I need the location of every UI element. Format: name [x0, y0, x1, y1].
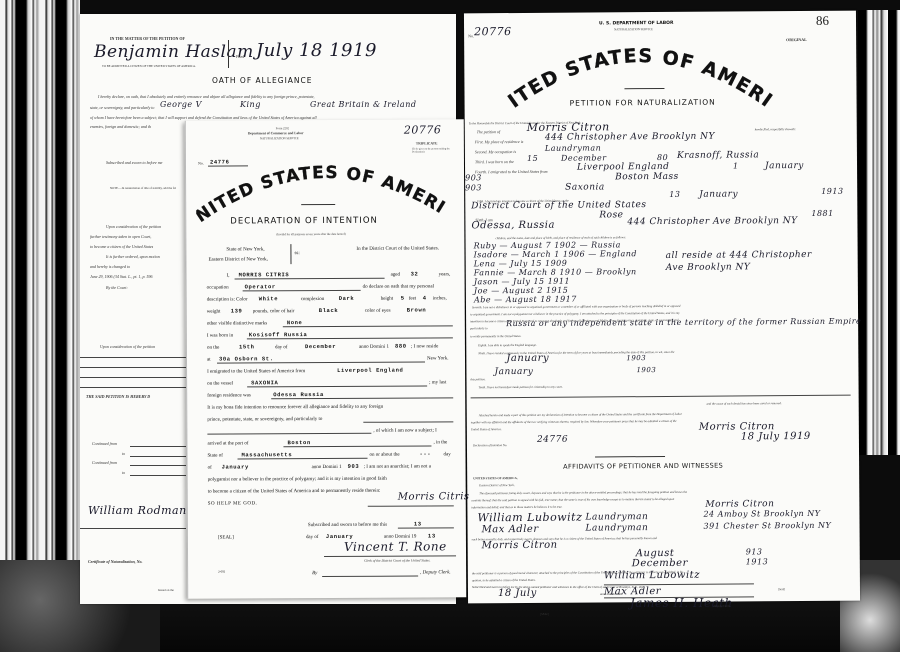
reside-permanently: to reside permanently in the United Stat…	[470, 334, 521, 339]
so-help-me-god: SO HELP ME GOD.	[208, 500, 258, 507]
declarant-age: 32	[411, 271, 419, 278]
last-residence-label: ; my last	[429, 379, 446, 386]
child-row: Abe — August 18 1917	[474, 295, 577, 305]
oath-by-the-court: By the Court:	[106, 285, 128, 290]
height-feet: 5	[401, 295, 405, 302]
oath-body-4: enemies, foreign and domestic; and th	[90, 124, 151, 129]
complexion-label: complexion	[301, 296, 325, 303]
declaration-label: Declaration of Intention No.	[473, 443, 507, 448]
tenth-text: Tenth. I have not heretofore made petiti…	[479, 385, 563, 391]
occupation-label: occupation	[207, 285, 229, 292]
petition-vessel: Saxonia	[565, 182, 605, 192]
eighth-text: Eighth. I am able to speak the English l…	[478, 343, 537, 348]
divider	[228, 40, 229, 68]
emigrated-label: I emigrated to the United States of Amer…	[207, 368, 305, 376]
ninth-month: January	[506, 353, 549, 364]
witness-1-residence: 24 Amboy St Brooklyn NY	[703, 509, 820, 519]
petition-emigrated-from: Liverpool England	[577, 162, 669, 173]
state-of-label: State of	[207, 453, 222, 460]
city-label: New York.	[427, 355, 449, 362]
eyes-label: color of eyes	[365, 308, 391, 315]
day-label: day	[443, 451, 450, 458]
continued-to-2: to	[122, 470, 125, 475]
issued-label: Issued on the	[158, 588, 174, 593]
second-label: Second. My occupation is	[475, 149, 516, 154]
petition-residence: 444 Christopher Ave Brooklyn NY	[545, 132, 715, 143]
opinion-text: opinion, to be admitted a citizen of the…	[472, 578, 536, 583]
since-year: 1903	[636, 366, 656, 374]
children-list: Ruby — August 7 1902 — Russia Isadore — …	[464, 11, 856, 14]
petition-emig-day: 1	[733, 161, 739, 170]
affidavits-title: AFFIDAVITS OF PETITIONER AND WITNESSES	[563, 462, 723, 471]
witness-2-name: Max Adler	[482, 524, 539, 535]
oath-hereby-changed: and hereby is changed to	[90, 264, 130, 269]
decl-copy-type: TRIPLICATE	[416, 141, 438, 146]
usa-text: United States of America.	[471, 427, 502, 432]
reside-label: ; I now reside	[411, 343, 438, 350]
declaration-of-intention-sheet: Form 2202 Department of Commerce and Lab…	[185, 119, 466, 598]
at-label: at	[207, 357, 211, 364]
deputy-label: , Deputy Clerk.	[420, 569, 451, 576]
petition-sworn-date: 18 July	[498, 588, 537, 599]
oath-sub-caption: TO BE ADMITTED A CITIZEN OF THE UNITED S…	[102, 64, 196, 69]
weight-label: weight	[207, 309, 221, 316]
petition-arrived-port: Boston Mass	[615, 172, 679, 182]
on-the-label: on the	[207, 345, 219, 352]
petitioner-in-witness: Morris Citron	[482, 540, 558, 552]
declarant-hair: Black	[319, 307, 339, 314]
oath-subscribed: Subscribed and sworn to before me	[106, 160, 162, 165]
aged-label: aged	[391, 272, 400, 279]
oath-consideration-2: Upon consideration of the petition	[100, 344, 155, 349]
seal-label: [Seal]	[778, 587, 785, 592]
foreign-residence-label: foreign residence was	[207, 392, 251, 399]
declarant-signature: Morris Citris	[398, 491, 470, 502]
continued-to-1: to	[122, 451, 125, 456]
petition-emig-year-2: 903	[465, 183, 482, 192]
oath-note: NOTE.—In renunciation of title of nobili…	[110, 186, 176, 191]
since-date: January	[494, 367, 533, 377]
witness-since-year-2: 1913	[746, 557, 768, 566]
oath-statute-ref: June 29, 1906 (34 Stat. L., pt. 1, p. 59…	[90, 274, 152, 279]
seal: [SEAL]	[218, 534, 234, 541]
marks-label: other visible distinctive marks	[207, 320, 267, 327]
witness-since-month-2: December	[632, 558, 688, 569]
petition-bottom-seal: [SEAL]	[540, 612, 549, 617]
decl-handwritten-number: 20776	[404, 123, 442, 136]
petition-birth-day: 15	[527, 154, 538, 163]
petition-decl-year: 1913	[821, 187, 843, 196]
subscribed-text: Subscribed and sworn to before me this	[308, 522, 387, 529]
polygamist-text: polygamist nor a believer in the practic…	[208, 476, 387, 484]
arrival-year: 903	[348, 463, 360, 470]
scanned-document: IN THE MATTER OF THE PETITION OF Benjami…	[0, 0, 900, 652]
decl-district: Eastern District of New York,	[208, 256, 267, 263]
book-binding-right	[858, 10, 900, 455]
arrival-anno: anno Domini 1	[312, 464, 342, 471]
petition-for-naturalization-page: U. S. DEPARTMENT OF LABOR NATURALIZATION…	[464, 11, 860, 604]
children-residence: all reside at 444 Christopher Ave Brookl…	[666, 249, 816, 274]
filed-label: Filed	[236, 54, 244, 59]
decl-state: State of New York,	[226, 246, 264, 253]
day-of-text: day of	[306, 534, 319, 541]
witness-1-occupation: Laundryman	[585, 512, 648, 522]
years-label: years,	[439, 271, 451, 278]
of-label: of	[208, 465, 212, 472]
clerk-title: Clerk of the District Court of the Unite…	[364, 558, 430, 563]
oath-body-2: state, or sovereignty, and particularly …	[90, 105, 154, 110]
declarant-complexion: Dark	[339, 295, 355, 302]
about-label: on or about the	[369, 452, 399, 459]
oath-title: OATH OF ALLEGIANCE	[212, 76, 313, 85]
aff-text-3: information and belief, and that as to t…	[471, 505, 562, 511]
aff-text-2: contents thereof; that the said petition…	[471, 496, 851, 504]
oath-body-1: I hereby declare, on oath, that I absolu…	[98, 94, 448, 99]
renounce-text-2: prince, potentate, state, or sovereignty…	[207, 416, 322, 424]
petition-sovereign: Russia or any independent state in the t…	[506, 317, 861, 328]
declarant-eyes: Brown	[407, 306, 427, 313]
decl-ss: ss:	[294, 250, 299, 257]
petition-copy-type: ORIGINAL	[786, 37, 807, 42]
continued-from-1: Continued from	[92, 441, 117, 446]
affidavit-text: together with my affidavit and the affid…	[471, 418, 851, 426]
pounds-label: pounds, color of hair	[253, 308, 295, 315]
filed-date: July 18 1919	[256, 40, 377, 61]
third-label: Third. I was born on the	[475, 159, 514, 164]
declaration-number: 24776	[537, 435, 568, 445]
decl-prefix: I,	[227, 273, 230, 280]
anarchist-text: ; I am not an anarchist; I am not a	[364, 463, 431, 470]
decl-subtitle: (Invalid for all purposes seven years af…	[276, 232, 345, 237]
petition-emig-month: January	[765, 161, 804, 171]
first-label: First. My place of residence is	[475, 139, 524, 144]
ninth-year: 1903	[626, 354, 646, 362]
sworn-year: 13	[428, 532, 436, 539]
this-petition: this petition.	[470, 377, 485, 382]
oath-consideration-1: Upon consideration of the petition	[106, 224, 161, 229]
height-label: height	[381, 296, 394, 303]
decl-title: DECLARATION OF INTENTION	[230, 216, 378, 227]
oath-further-testimony: further testimony taken in open Court,	[90, 234, 151, 239]
petition-occupation: Laundryman	[545, 143, 601, 152]
arrival-day: ---	[419, 450, 431, 457]
witness-since-year: 913	[746, 547, 763, 556]
petition-deputy-label: , Deputy Clerk.	[712, 604, 730, 609]
petition-title: PETITION FOR NATURALIZATION	[570, 98, 716, 108]
arrival-month: January	[222, 463, 249, 470]
wife-name: Rose	[599, 210, 623, 220]
continued-from-2: Continued from	[92, 460, 117, 465]
declarant-marks: None	[287, 319, 303, 326]
sovereign-name: George V	[160, 100, 202, 109]
witness-2-occupation: Laundryman	[586, 523, 649, 533]
citizen-text: to become a citizen of the United States…	[208, 488, 381, 496]
oath-petitioner-name: Benjamin Haslam	[94, 42, 254, 62]
wife-birth: 1881	[811, 209, 833, 218]
declare-text: do declare on oath that my personal	[363, 283, 434, 290]
petition-birth-year: 80	[657, 153, 668, 162]
particularly-label: particularly to	[470, 326, 487, 331]
birth-month: December	[305, 343, 336, 350]
birth-year: 880	[395, 343, 407, 350]
denied-text: and the cause of such denial has since b…	[707, 401, 782, 407]
declarant-color: White	[259, 295, 279, 302]
vessel-label: on the vessel	[207, 380, 233, 387]
renounce-text-1: It is my bona fide intention to renounce…	[207, 404, 383, 412]
feet-label: feet	[409, 296, 417, 303]
in-the-label: , in the	[433, 439, 447, 446]
judge-signature: William Rodman	[88, 504, 187, 517]
sworn-day: 13	[414, 520, 422, 527]
book-binding-left	[0, 0, 80, 600]
oath-further-ordered: It is further ordered, upon motion	[106, 254, 160, 259]
svg-text:UNITED STATES OF AMERICA: UNITED STATES OF AMERICA	[196, 147, 449, 222]
aff-district: Eastern District of New York,	[479, 483, 514, 488]
fourth-label: Fourth. I emigrated to the United States…	[475, 169, 548, 175]
witness-1-name: William Lubowitz	[477, 511, 582, 525]
petition-birth-month: December	[561, 153, 607, 162]
declarant-weight: 139	[231, 307, 243, 314]
sovereign-title: King	[240, 100, 261, 109]
witness-2-residence: 391 Chester St Brooklyn NY	[704, 521, 832, 531]
aff-state: UNITED STATES OF AMERICA,	[473, 476, 517, 481]
emigrated-from: Liverpool England	[337, 367, 403, 374]
day-of-label: day of	[275, 344, 288, 351]
witness-signature-1: William Lubowitz	[604, 570, 700, 582]
petition-decl-month: January	[699, 189, 738, 199]
height-inches: 4	[423, 294, 427, 301]
petition-respectfully: hereby filed, respectfully showeth:	[755, 127, 796, 132]
oath-header-caption: IN THE MATTER OF THE PETITION OF	[110, 36, 185, 41]
description-label: description is: Color	[207, 296, 248, 303]
clerk-signature: Vincent T. Rone	[344, 539, 447, 554]
subject-text: , of which I am now a subject; I	[373, 427, 437, 434]
arrived-label: arrived at the port of	[207, 440, 248, 447]
wife-residence: 444 Christopher Ave Brooklyn NY	[627, 216, 797, 227]
petition-anno-text: anno Domini 1919	[600, 592, 623, 597]
by-label: By	[312, 570, 317, 577]
petition-of-label: The petition of	[477, 129, 500, 134]
form-code: 2-692	[218, 569, 225, 576]
birth-day: 15th	[239, 343, 255, 350]
declaration-date: 18 July 1919	[741, 431, 811, 442]
petition-emig-year: 903	[465, 173, 482, 182]
decl-court: In the District Court of the United Stat…	[356, 245, 439, 252]
oath-denied: THE SAID PETITION IS HEREBY D	[86, 394, 150, 399]
certificate-label: Certificate of Naturalization, No.	[88, 559, 143, 564]
petition-birthplace: Krasnoff, Russia	[677, 150, 759, 161]
aff-petitioner-signature: Morris Citron	[705, 499, 774, 509]
petition-decl-day: 13	[669, 190, 680, 199]
decl-service: NATURALIZATION SERVICE	[260, 136, 299, 141]
born-label: I was born in	[207, 332, 233, 339]
sovereign-country: Great Britain & Ireland	[310, 100, 416, 109]
page-number: 86	[816, 13, 829, 29]
wife-birthplace: Odessa, Russia	[471, 220, 555, 232]
anno-label: anno Domini 1	[359, 344, 389, 351]
inches-label: inches,	[433, 295, 447, 302]
oath-become-citizen: to become a citizen of the United States	[90, 244, 153, 249]
